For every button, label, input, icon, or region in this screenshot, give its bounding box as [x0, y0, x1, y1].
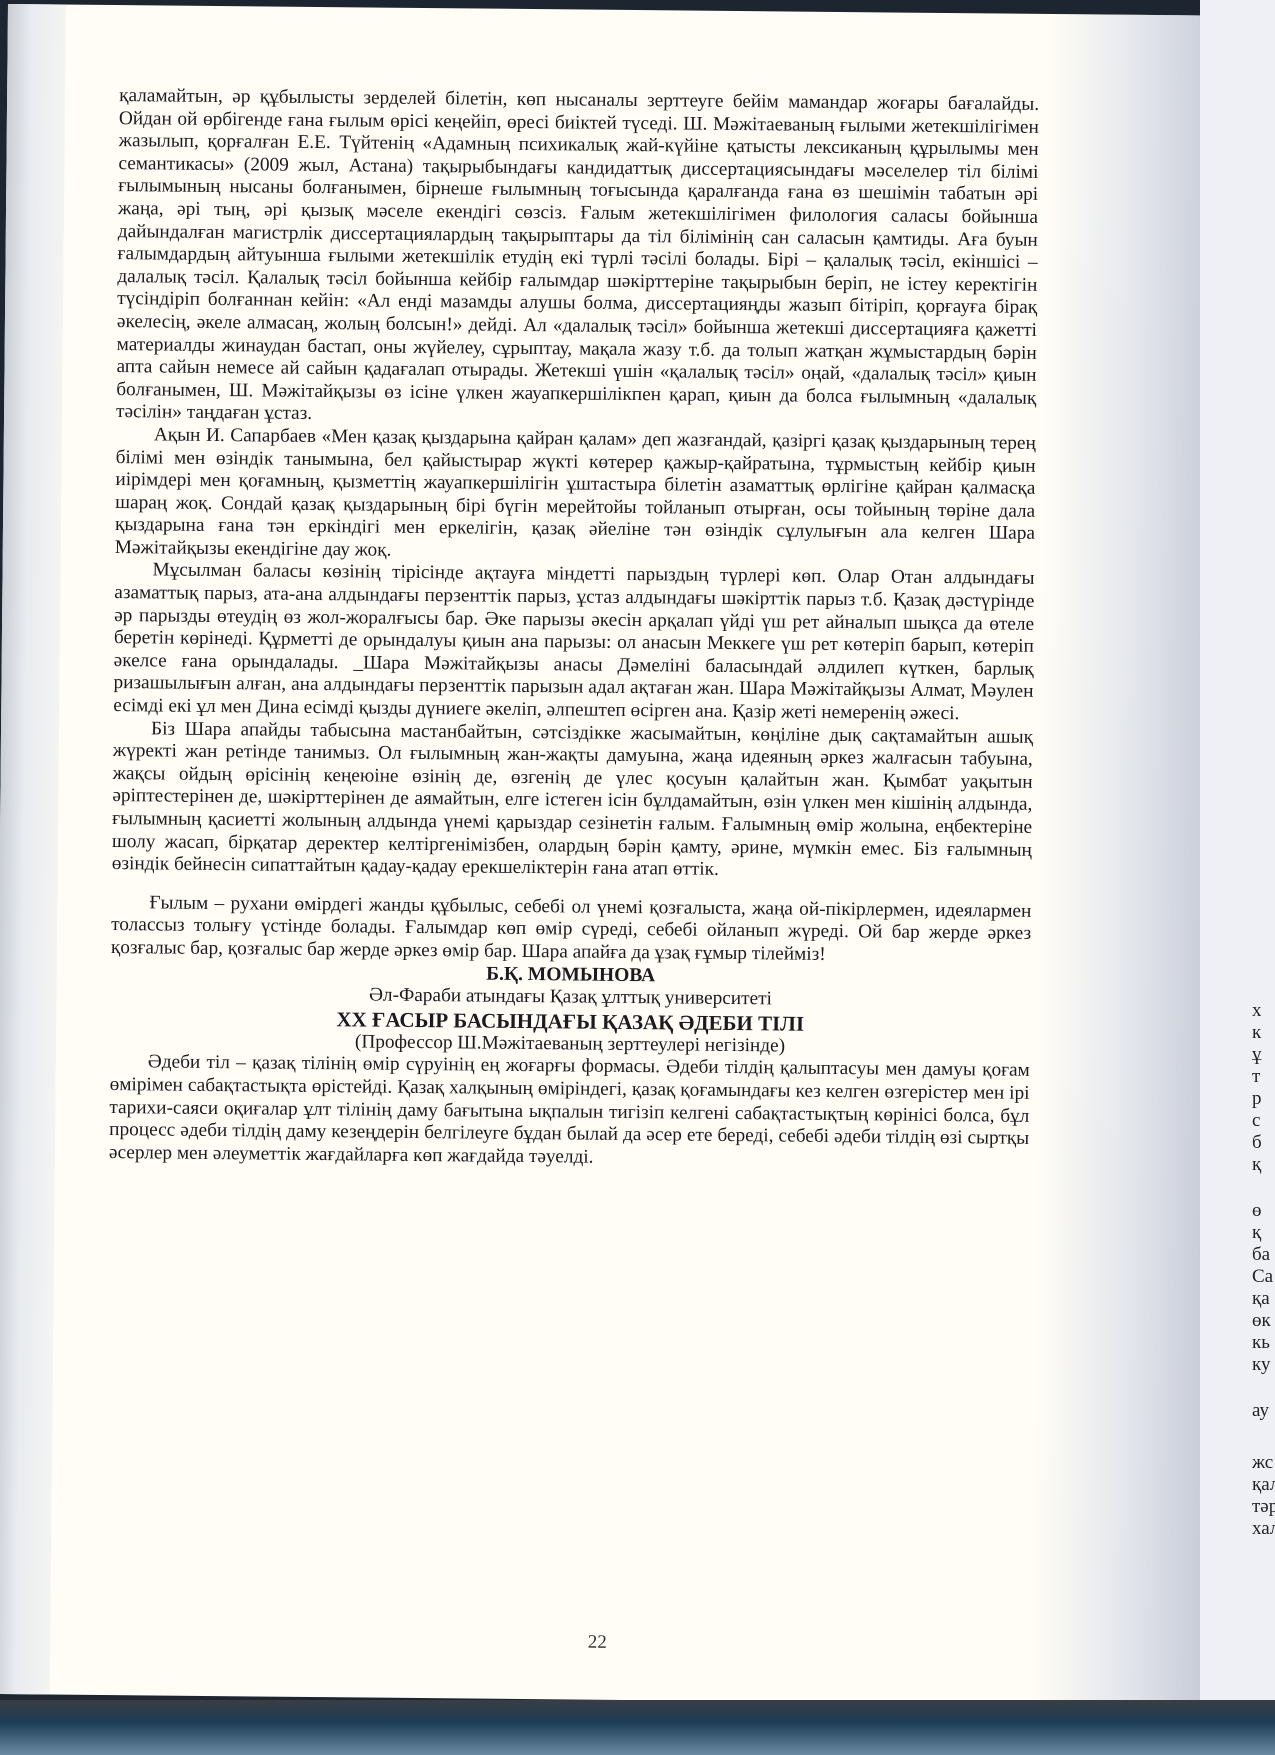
page-gutter-shadow	[1032, 14, 1218, 1706]
next-page-fragment: жс	[1252, 1452, 1273, 1474]
next-page-fragment: ау	[1252, 1400, 1269, 1422]
next-page-fragment: қ	[1252, 1154, 1261, 1176]
scanned-page: қаламайтын, әр құбылысты зерделей білеті…	[0, 4, 1218, 1706]
next-page-fragment: ба	[1252, 1244, 1270, 1266]
adjacent-page-edge: х к ұ т р с б қ ө қ ба Са қа өк кь ку ау…	[1200, 0, 1275, 1700]
next-page-fragment: тәр	[1252, 1496, 1275, 1518]
paragraph: Ақын И. Сапарбаев «Мен қазақ қыздарына қ…	[115, 424, 1036, 568]
paragraph: қаламайтын, әр құбылысты зерделей білеті…	[116, 85, 1039, 433]
next-page-fragment: с	[1252, 1110, 1260, 1132]
paragraph: Ғылым – рухани өмірдегі жанды құбылыс, с…	[111, 892, 1032, 969]
paragraph: Біз Шара апайды табысына мастанбайтын, с…	[112, 718, 1033, 885]
next-page-fragment: т	[1252, 1066, 1260, 1088]
page-binding-edge	[0, 4, 66, 1694]
next-page-fragment: қа	[1252, 1288, 1270, 1310]
next-page-fragment: ұ	[1252, 1044, 1262, 1066]
next-page-fragment: Са	[1252, 1266, 1273, 1288]
next-page-fragment: өк	[1252, 1310, 1271, 1332]
next-page-fragment: хал	[1252, 1518, 1275, 1540]
page-number: 22	[0, 1626, 1202, 1660]
scanner-bottom-edge	[0, 1700, 1275, 1755]
next-page-fragment: х	[1252, 1000, 1262, 1022]
next-page-fragment: к	[1252, 1022, 1261, 1044]
next-page-fragment: б	[1252, 1132, 1262, 1154]
next-page-fragment: ку	[1252, 1354, 1270, 1376]
next-page-fragment: қ	[1252, 1222, 1261, 1244]
next-page-fragment: кь	[1252, 1332, 1270, 1354]
next-page-fragment: ө	[1252, 1200, 1262, 1222]
next-page-fragment: р	[1252, 1088, 1262, 1110]
paragraph: Әдеби тіл – қазақ тілінің өмір сүруінің …	[109, 1051, 1030, 1173]
main-text-column: қаламайтын, әр құбылысты зерделей білеті…	[109, 85, 1039, 1173]
next-page-fragment: қал	[1252, 1474, 1275, 1496]
paragraph: Мұсылман баласы көзінің тірісінде ақтауғ…	[113, 560, 1034, 727]
